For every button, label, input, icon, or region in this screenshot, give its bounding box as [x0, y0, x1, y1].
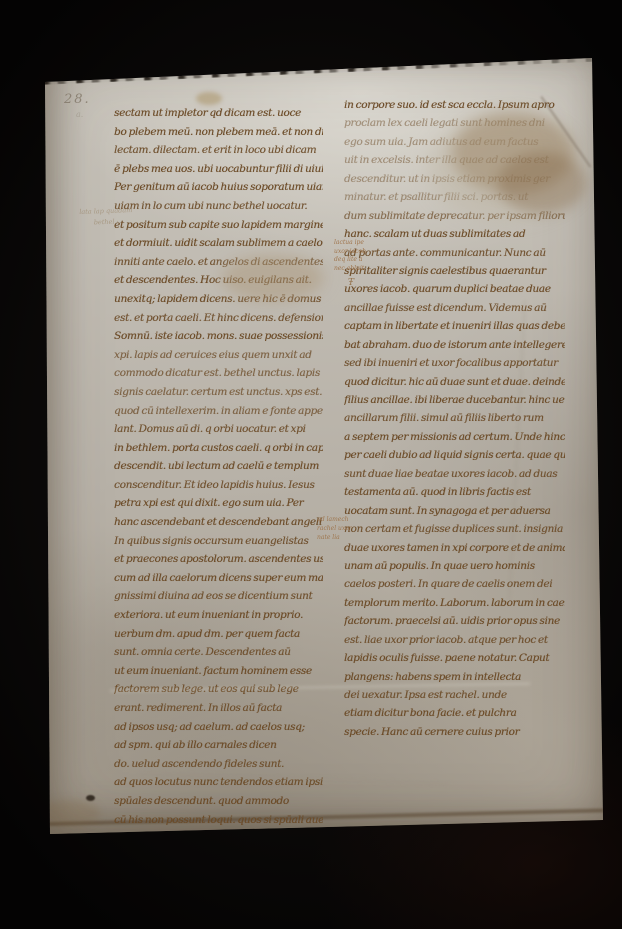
manuscript-text-line: cū his non possunt loqui. quos si spūali…	[114, 811, 323, 830]
manuscript-text-line: et dormiuit. uidit scalam sublimem a cae…	[114, 234, 323, 253]
manuscript-text-line: templorum merito. Laborum. laborum in ca…	[344, 594, 565, 612]
intercolumn-gloss-lower: qd lamechrachel uxornate lia	[317, 515, 367, 542]
manuscript-text-line: a septem per missionis ad certum. Unde h…	[344, 428, 565, 446]
manuscript-text-line: Somnū. iste iacob. mons. suae possession…	[114, 327, 323, 346]
manuscript-text-line: uocatam sunt. In synagoga et per aduersa	[344, 502, 565, 520]
brown-stain-top-right-2	[498, 152, 586, 214]
gloss-line: deq lite a	[334, 256, 388, 265]
intercolumn-gloss-upper: lactua ipeuxor iacobdeq lite anec abluit	[334, 239, 388, 273]
manuscript-text-line: In quibus signis occursum euangelistas	[114, 532, 323, 551]
manuscript-leaf: 28. a. lata lap quadambethel · sectam ut…	[0, 0, 622, 929]
manuscript-text-line: factorum. praecelsi aū. uidis prior opus…	[344, 612, 565, 630]
manuscript-text-line: sectam ut impletor qd dicam est. uoce	[114, 104, 323, 123]
manuscript-text-line: sed ibi inueniri et uxor focalibus appor…	[344, 354, 565, 372]
yellow-stain-top	[196, 92, 222, 105]
manuscript-text-line: bat abraham. duo de istorum ante intelle…	[344, 336, 565, 354]
gloss-line: nate lia	[317, 533, 367, 542]
manuscript-text-line: commodo dicatur est. bethel unctus. lapi…	[114, 364, 323, 383]
manuscript-text-line: et positum sub capite suo lapidem margin…	[114, 216, 323, 235]
manuscript-text-line: per caeli dubio ad liquid signis certa. …	[344, 446, 565, 464]
manuscript-text-line: sunt duae liae beatae uxores iacob. ad d…	[344, 465, 565, 483]
manuscript-text-line: et praecones apostolorum. ascendentes us…	[114, 550, 323, 569]
manuscript-text-line: duae uxores tamen in xpi corpore et de a…	[344, 539, 565, 557]
gloss-line: uxor iacob	[334, 248, 388, 257]
manuscript-text-line: quod dicitur. hic aū duae sunt et duae. …	[344, 373, 565, 391]
dark-speck-bottom-left	[86, 795, 95, 801]
manuscript-text-line: est. et porta caeli. Et hinc dicens. def…	[114, 309, 323, 328]
manuscript-text-line: ad spm. qui ab illo carnales dicen	[114, 736, 323, 755]
manuscript-text-line: unam aū populis. In quae uero hominis	[344, 557, 565, 575]
manuscript-text-line: lant. Domus aū di. q orbi uocatur. et xp…	[114, 420, 323, 439]
manuscript-text-line: in corpore suo. id est sca eccla. Ipsum …	[344, 96, 565, 114]
text-column-left: sectam ut impletor qd dicam est. uocebo …	[114, 104, 323, 866]
gloss-reference-mark: Ŧ	[348, 278, 354, 288]
gloss-line: lactua ipe	[334, 239, 388, 248]
brown-tinge-left-column	[224, 256, 322, 300]
folio-sub-mark: a.	[76, 110, 83, 119]
manuscript-text-line: exteriora. ut eum inueniant in proprio.	[114, 606, 323, 625]
manuscript-text-line: do. uelud ascendendo fideles sunt.	[114, 755, 323, 774]
manuscript-text-line: ancillae fuisse est dicendum. Videmus aū	[344, 299, 565, 317]
manuscript-text-line: Per genitum aū iacob huius soporatum uia…	[114, 178, 323, 197]
manuscript-text-line: ē plebs mea uos. ubi uocabuntur filii di…	[114, 160, 323, 179]
manuscript-text-line: dei uexatur. Ipsa est rachel. unde	[344, 686, 565, 704]
manuscript-text-line: uiam in lo cum ubi nunc bethel uocatur.	[114, 197, 323, 216]
manuscript-text-line: ancillarum filii. simul aū filiis libert…	[344, 409, 565, 427]
manuscript-text-line: specie. Hanc aū cernere cuius prior	[344, 723, 565, 741]
manuscript-text-line: hanc ascendebant et descendebant angeli	[114, 513, 323, 532]
manuscript-text-line: sunt. omnia certe. Descendentes aū	[114, 643, 323, 662]
gloss-line: nec abluit	[334, 265, 388, 274]
manuscript-text-line: non certam et fugisse duplices sunt. ins…	[344, 520, 565, 538]
manuscript-text-line: quod cū intellexerim. in aliam e fonte a…	[114, 402, 323, 421]
manuscript-text-line: signis caelatur. certum est unctus. xps …	[114, 383, 323, 402]
manuscript-text-line: in bethlem. porta custos caeli. q orbi i…	[114, 439, 323, 458]
manuscript-text-line: lapidis oculis fuisse. paene notatur. Ca…	[344, 649, 565, 667]
manuscript-text-line: etiam dicitur bona facie. et pulchra	[344, 704, 565, 722]
manuscript-text-line: lectam. dilectam. et erit in loco ubi di…	[114, 141, 323, 160]
manuscript-text-line: uxores iacob. quarum duplici beatae duae	[344, 280, 565, 298]
manuscript-text-line: bo plebem meū. non plebem meā. et non di	[114, 123, 323, 142]
manuscript-text-line: est. liae uxor prior iacob. atque per ho…	[344, 631, 565, 649]
manuscript-text-line: testamenta aū. quod in libris factis est	[344, 483, 565, 501]
gloss-line: qd lamech	[317, 515, 367, 524]
manuscript-text-line: ut eum inueniant. factum hominem esse	[114, 662, 323, 681]
manuscript-text-line: gnissimi diuina ad eos se dicentium sunt	[114, 587, 323, 606]
manuscript-text-line: spūales descendunt. quod ammodo	[114, 792, 323, 811]
manuscript-text-line: descendit. ubi lectum ad caelū e templum	[114, 457, 323, 476]
manuscript-text-line: ad ipsos usq; ad caelum. ad caelos usq;	[114, 718, 323, 737]
manuscript-text-line: captam in libertate et inueniri illas qu…	[344, 317, 565, 335]
manuscript-text-line: caelos posteri. In quare de caelis onem …	[344, 575, 565, 593]
manuscript-text-line: cum ad illa caelorum dicens super eum ma	[114, 569, 323, 588]
manuscript-text-line: uerbum dm. apud dm. per quem facta	[114, 625, 323, 644]
gloss-line: rachel uxor	[317, 524, 367, 533]
manuscript-text-line: xpi. lapis ad ceruices eius quem unxit a…	[114, 346, 323, 365]
manuscript-text-line: filius ancillae. ibi liberae ducebantur.…	[344, 391, 565, 409]
manuscript-text-line: erant. redimerent. In illos aū facta	[114, 699, 323, 718]
folio-number: 28.	[64, 92, 104, 107]
manuscript-text-line: petra xpi est qui dixit. ego sum uia. Pe…	[114, 494, 323, 513]
photo-slide: 28. a. lata lap quadambethel · sectam ut…	[0, 0, 622, 929]
manuscript-text-line: conscenditur. Et ideo lapidis huius. Ies…	[114, 476, 323, 495]
